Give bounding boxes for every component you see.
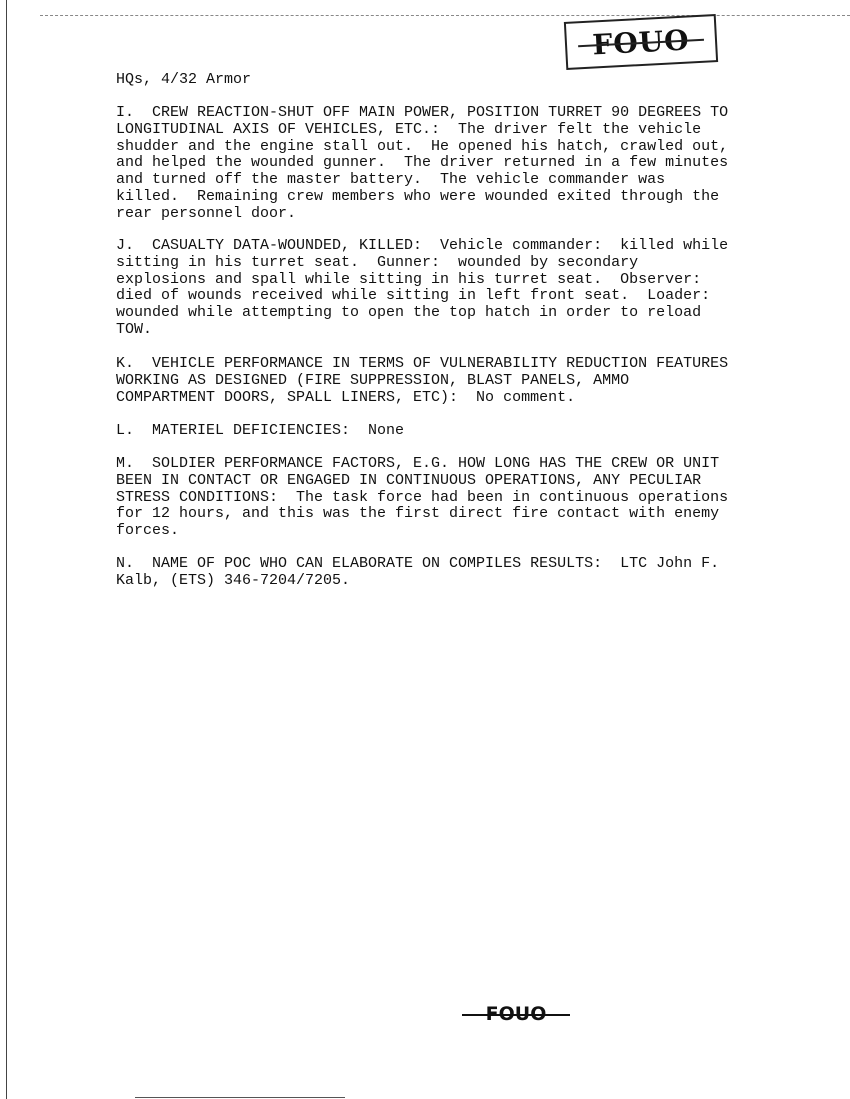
section-n-poc: N. NAME OF POC WHO CAN ELABORATE ON COMP…: [116, 556, 816, 590]
scan-top-line: [40, 15, 850, 17]
section-i-crew-reaction: I. CREW REACTION-SHUT OFF MAIN POWER, PO…: [116, 105, 816, 223]
document-header: HQs, 4/32 Armor: [116, 71, 251, 88]
section-k-vehicle-performance: K. VEHICLE PERFORMANCE IN TERMS OF VULNE…: [116, 356, 816, 406]
fouo-stamp-text: FOUO: [592, 23, 691, 61]
scan-bottom-line: [135, 1097, 345, 1098]
fouo-stamp-bottom: FOUO: [462, 1003, 570, 1025]
section-m-soldier-performance: M. SOLDIER PERFORMANCE FACTORS, E.G. HOW…: [116, 456, 816, 540]
section-l-materiel-deficiencies: L. MATERIEL DEFICIENCIES: None: [116, 423, 816, 440]
fouo-stamp-top: FOUO: [564, 14, 718, 70]
section-j-casualty-data: J. CASUALTY DATA-WOUNDED, KILLED: Vehicl…: [116, 238, 816, 339]
page-edge: [6, 0, 7, 1099]
